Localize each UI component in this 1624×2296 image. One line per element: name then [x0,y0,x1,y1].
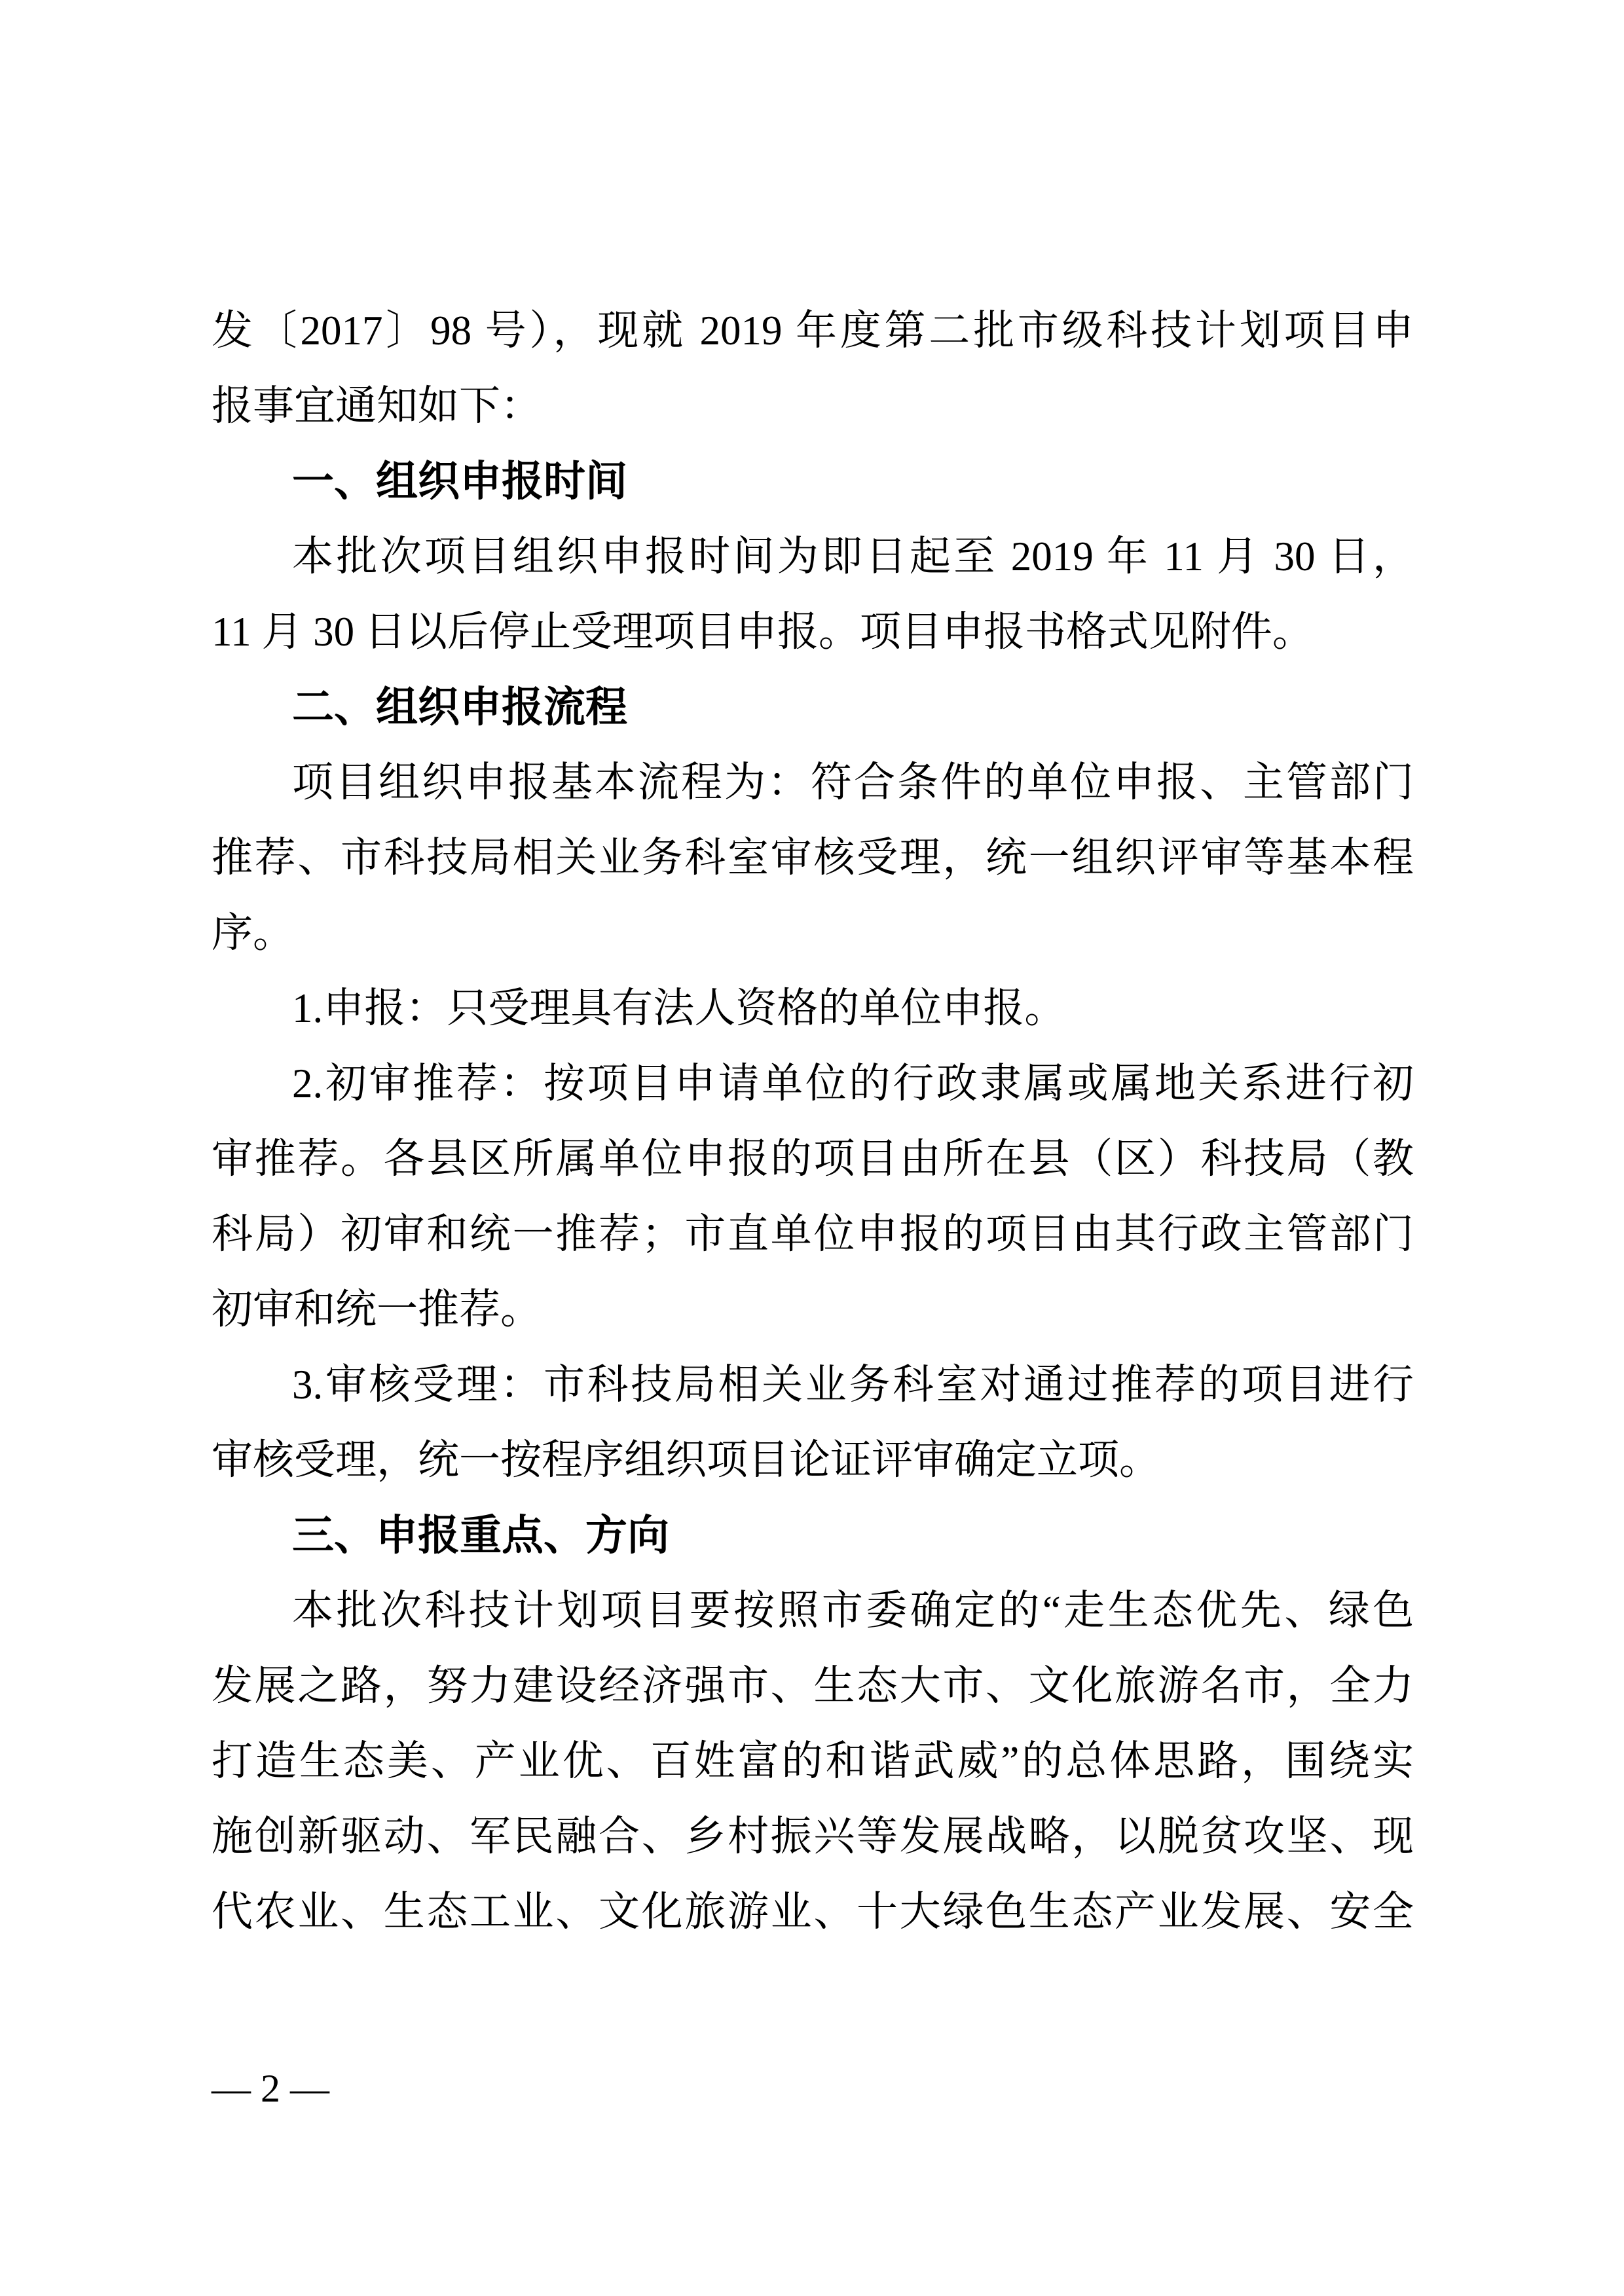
body-line: 发〔2017〕98 号），现就 2019 年度第二批市级科技计划项目申 [212,293,1414,369]
body-line: 1.申报：只受理具有法人资格的单位申报。 [212,971,1414,1046]
body-line: 施创新驱动、军民融合、乡村振兴等发展战略，以脱贫攻坚、现 [212,1799,1414,1874]
body-line: 本批次科技计划项目要按照市委确定的“走生态优先、绿色 [212,1573,1414,1649]
body-line: 审推荐。各县区所属单位申报的项目由所在县（区）科技局（教 [212,1121,1414,1197]
body-line: 3.审核受理：市科技局相关业务科室对通过推荐的项目进行 [212,1347,1414,1423]
page-number: — 2 — [212,2066,329,2111]
body-line: 科局）初审和统一推荐；市直单位申报的项目由其行政主管部门 [212,1197,1414,1272]
body-line: 代农业、生态工业、文化旅游业、十大绿色生态产业发展、安全 [212,1874,1414,1950]
body-line: 序。 [212,896,1414,971]
section-heading: 二、组织申报流程 [212,670,1414,745]
body-line: 打造生态美、产业优、百姓富的和谐武威”的总体思路，围绕实 [212,1724,1414,1799]
body-line: 报事宜通知如下： [212,369,1414,444]
section-heading: 一、组织申报时间 [212,444,1414,519]
body-line: 项目组织申报基本流程为：符合条件的单位申报、主管部门 [212,745,1414,820]
body-line: 11 月 30 日以后停止受理项目申报。项目申报书格式见附件。 [212,594,1414,670]
body-line: 推荐、市科技局相关业务科室审核受理，统一组织评审等基本程 [212,820,1414,896]
body-line: 发展之路，努力建设经济强市、生态大市、文化旅游名市，全力 [212,1649,1414,1724]
body-line: 初审和统一推荐。 [212,1272,1414,1347]
section-heading: 三、申报重点、方向 [212,1498,1414,1573]
document-body: 发〔2017〕98 号），现就 2019 年度第二批市级科技计划项目申 报事宜通… [212,293,1414,1950]
body-line: 审核受理，统一按程序组织项目论证评审确定立项。 [212,1423,1414,1498]
document-page: 发〔2017〕98 号），现就 2019 年度第二批市级科技计划项目申 报事宜通… [0,0,1624,2296]
body-line: 2.初审推荐：按项目申请单位的行政隶属或属地关系进行初 [212,1046,1414,1121]
body-line: 本批次项目组织申报时间为即日起至 2019 年 11 月 30 日， [212,519,1414,594]
